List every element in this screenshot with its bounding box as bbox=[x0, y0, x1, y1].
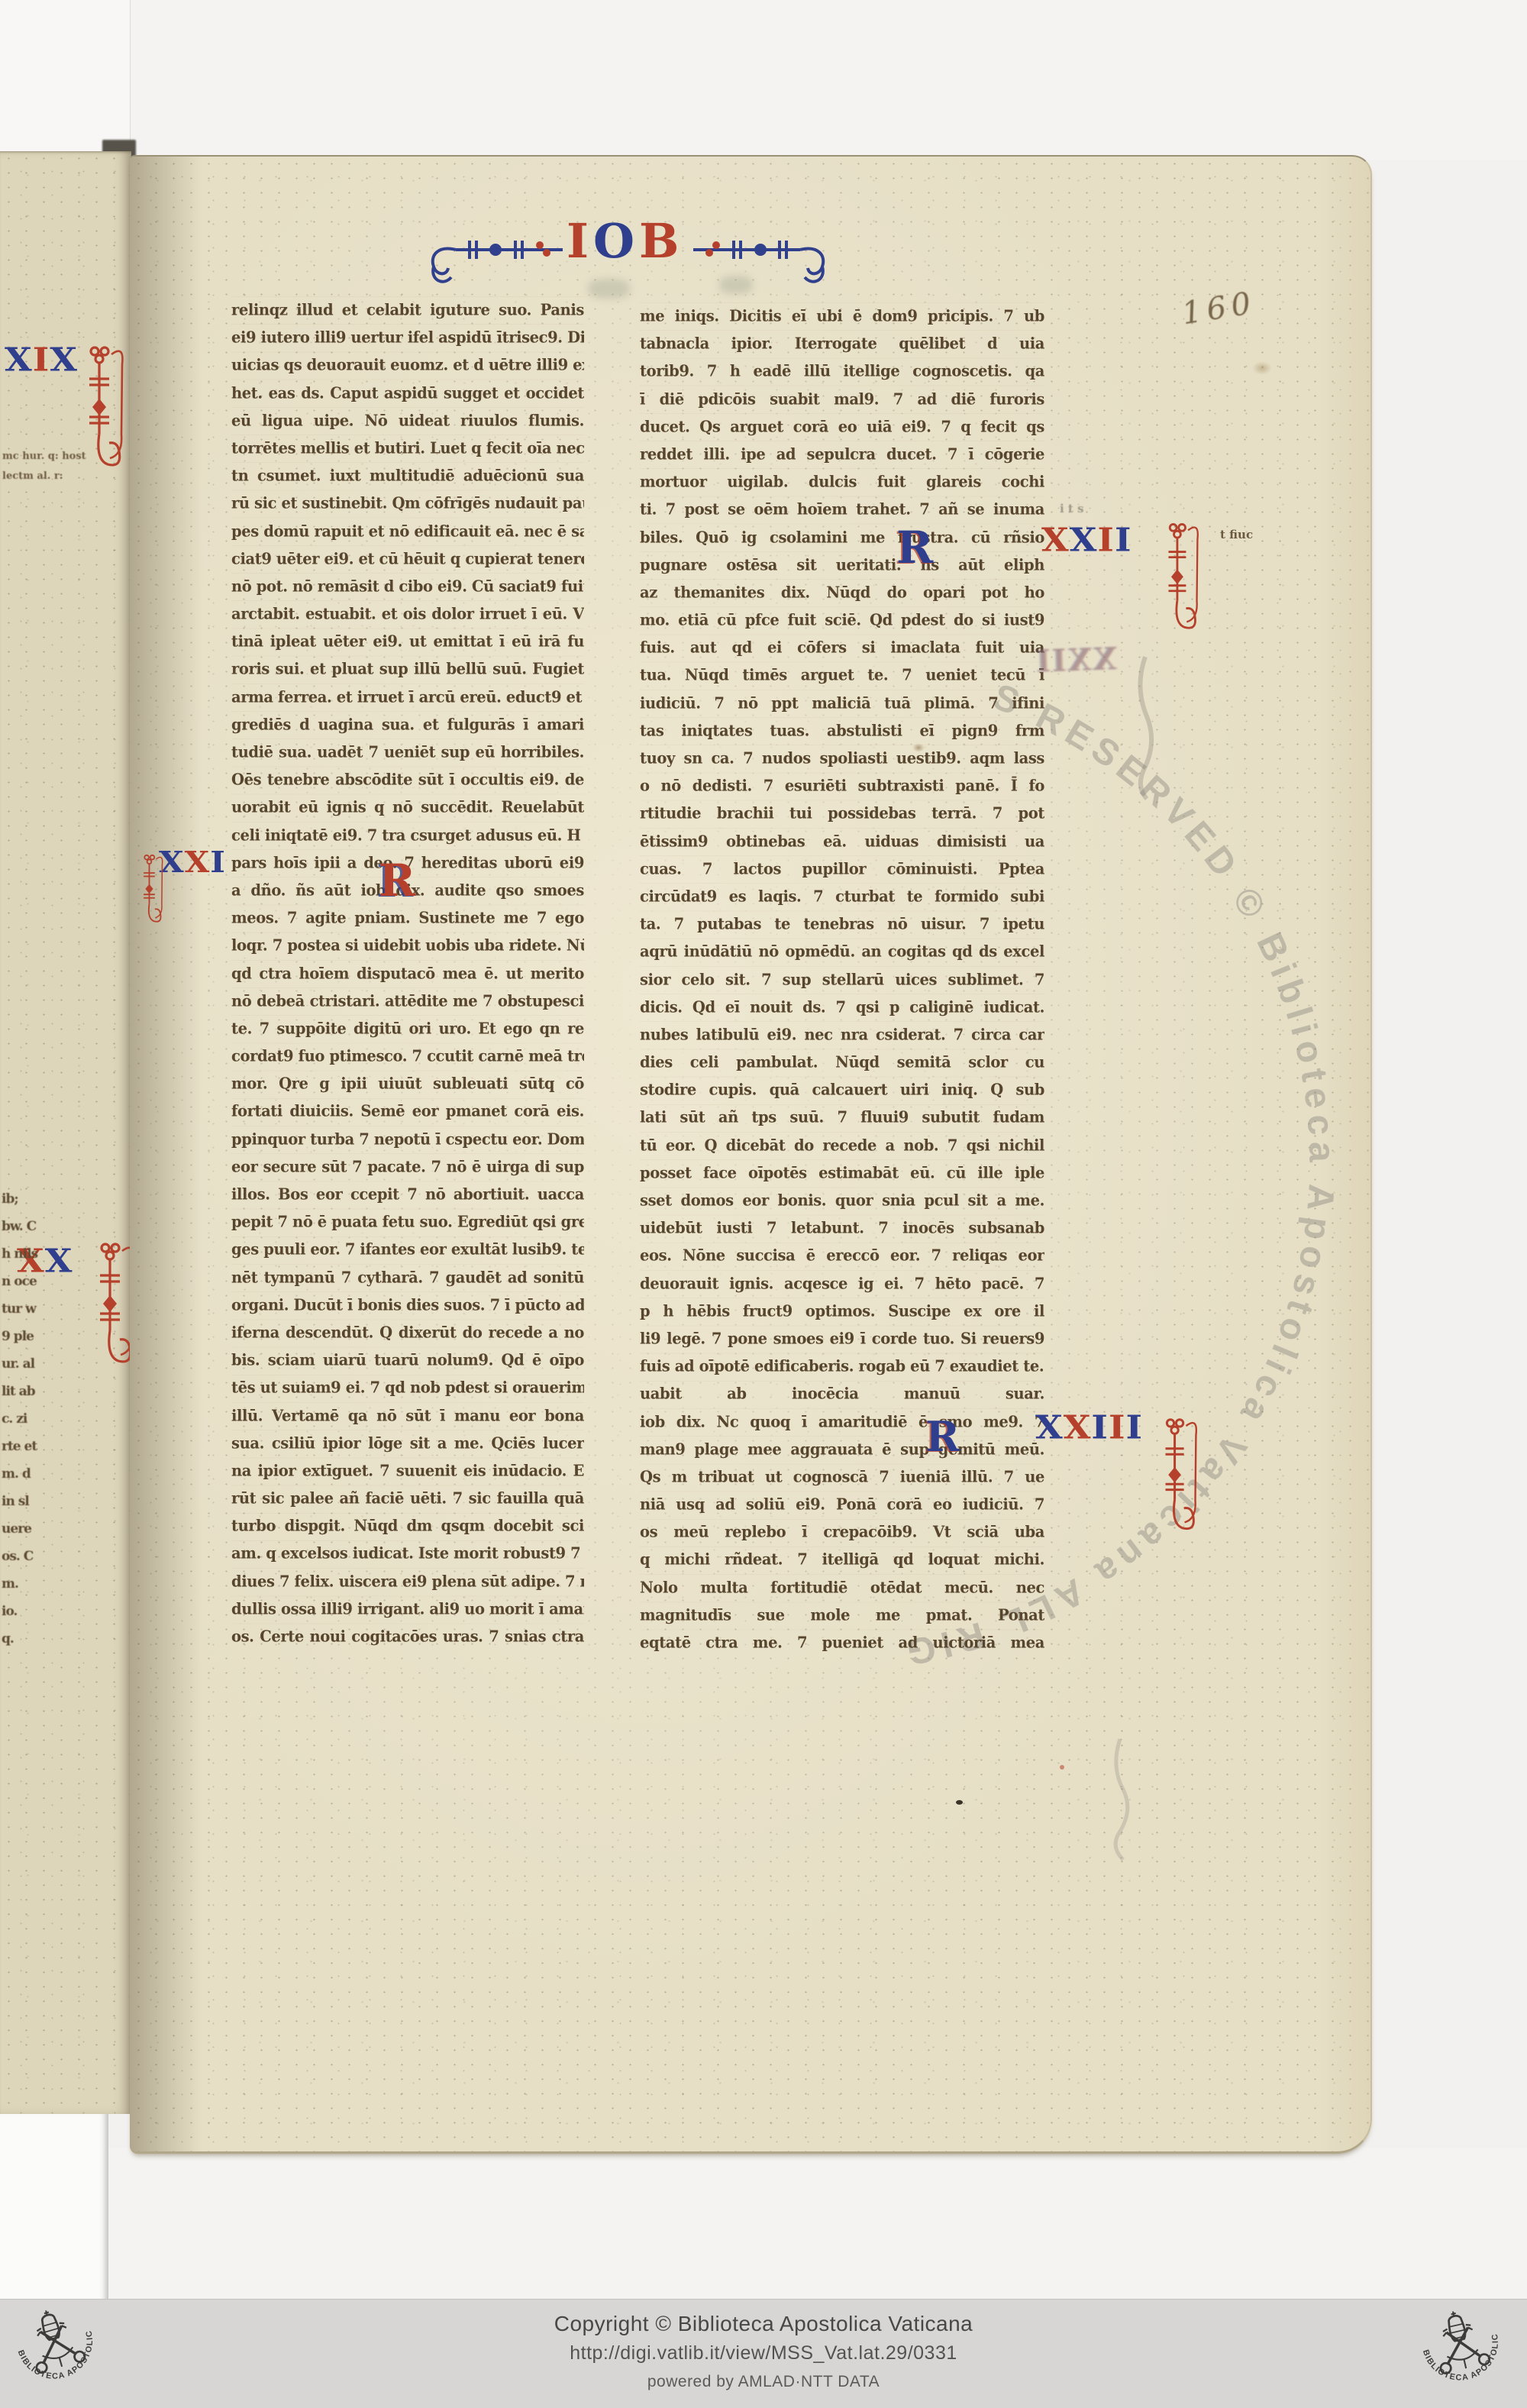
gutter-shadow bbox=[130, 157, 202, 2151]
text-line: ta. 7 putabas te tenebras nō uisur. 7 ip… bbox=[640, 910, 1044, 939]
text-line: dullis ossa illi9 irrigant. ali9 uo mori… bbox=[231, 1595, 584, 1624]
text-line: na ipior extīguet. 7 suuenit eis inūdaci… bbox=[231, 1456, 584, 1485]
text-line: torib9. 7 h eadē illū itellige cognoscet… bbox=[640, 357, 1044, 386]
numeral-letter: I bbox=[1115, 521, 1132, 559]
text-line: uidebūt iusti 7 letabunt. 7 inocēs subsa… bbox=[640, 1214, 1044, 1243]
text-line: uorabit eū ignis q nō succēdit. Reuelabū… bbox=[231, 793, 584, 822]
text-line: ur. al bbox=[2, 1350, 49, 1378]
text-line: tua. Nūqd timēs arguet te. 7 ueniet tecū… bbox=[640, 661, 1044, 690]
footer-bar: BIBLIOTECA APOSTOLICA VATICANA Copyright… bbox=[0, 2299, 1527, 2408]
text-line: organi. Ducūt ī bonis dies suos. 7 ī pūc… bbox=[231, 1291, 584, 1320]
text-line: rte et bbox=[2, 1433, 49, 1460]
text-line: os meū replebo ī crepacōib9. Vt sciā uba bbox=[640, 1518, 1044, 1547]
text-line: niā usq ad soliū ei9. Ponā corā eo iudic… bbox=[640, 1490, 1044, 1519]
numeral-letter: I bbox=[1125, 1408, 1143, 1446]
chapter-numeral-xix: XIX bbox=[5, 344, 78, 376]
header-penwork-left bbox=[424, 227, 565, 288]
numeral-letter: X bbox=[1041, 521, 1070, 559]
ink-speck bbox=[956, 1800, 963, 1805]
initial-r-job23: R bbox=[925, 1416, 960, 1457]
numeral-letter: X bbox=[1064, 1408, 1092, 1446]
text-line: Qs m tribuat ut cognoscā 7 iueniā illū. … bbox=[640, 1463, 1044, 1492]
under-page-sheet bbox=[0, 2112, 108, 2300]
text-line: fortati diuiciis. Semē eor pmanet corā e… bbox=[231, 1097, 584, 1126]
text-line: het. eas ds. Caput aspidū sugget et occi… bbox=[231, 379, 584, 408]
text-line: pes domū rapuit et nō edificauit eā. nec… bbox=[231, 517, 584, 546]
text-line: nēt tympanū 7 cytharā. 7 gaudēt ad sonit… bbox=[231, 1263, 584, 1292]
text-line: mo. etiā cū pfce fuit sciē. Qd pdest do … bbox=[640, 606, 1044, 635]
text-line: os. Certe noui cogitacōes uras. 7 snias … bbox=[231, 1622, 584, 1651]
text-line: uere bbox=[2, 1515, 49, 1543]
text-line: h nils bbox=[2, 1240, 49, 1268]
text-line: sset domos eor bonis. quor snia pcul sit… bbox=[640, 1186, 1044, 1215]
text-line: in sl bbox=[2, 1488, 49, 1515]
text-line: diues 7 felix. uiscera ei9 plena sūt adi… bbox=[231, 1567, 584, 1596]
text-line: arma ferrea. et irruet ī arcū ereū. educ… bbox=[231, 683, 584, 712]
text-line: tas iniqtates tuas. abstulisti eī pign9 … bbox=[640, 716, 1044, 745]
text-line: ges puuli eor. 7 ifantes eor exultāt lus… bbox=[231, 1235, 584, 1264]
text-line: uicias qs deuorauit euomz. et d uētre il… bbox=[231, 351, 584, 380]
text-line: iudiciū. 7 nō ppt maliciā tuā plimā. 7 i… bbox=[640, 689, 1044, 718]
footer-url: http://digi.vatlib.it/view/MSS_Vat.lat.2… bbox=[0, 2342, 1527, 2364]
chapter-numeral-xxii: XXII bbox=[1041, 524, 1132, 556]
text-line: grediēs d uagina sua. et fulgurās ī amar… bbox=[231, 710, 584, 739]
text-line: ib; bbox=[2, 1185, 49, 1213]
text-line: ducet. Qs arguet corā eo uiā ei9. 7 q fe… bbox=[640, 412, 1044, 441]
numeral-letter: X bbox=[1070, 521, 1098, 559]
previous-folio-edge: XIX mc hur. q: host lectm al. r: XX ib;b… bbox=[0, 151, 131, 2114]
numeral-letter: I bbox=[33, 341, 50, 379]
text-line: tuoy sn ca. 7 nudos spoliasti uestib9. a… bbox=[640, 744, 1044, 773]
header-penwork-right bbox=[691, 227, 832, 288]
text-line: q michi rñdeat. 7 itelligā qd loquat mic… bbox=[640, 1546, 1044, 1575]
text-line: mortuor uigilab. dulcis fuit glareis coc… bbox=[640, 467, 1044, 496]
red-paraph-flourish bbox=[140, 853, 165, 926]
stain bbox=[912, 743, 925, 752]
text-line: o nō dedisti. 7 esuriēti subtraxisti pan… bbox=[640, 771, 1044, 800]
text-line: 9 ple bbox=[2, 1323, 49, 1350]
text-line: Oēs tenebre abscōdite sūt ī occultis ei9… bbox=[231, 765, 584, 794]
text-column-left: relinqz illud et celabit iguture suo. Pa… bbox=[231, 296, 584, 1650]
chapter-numeral-xxiii: XXIII bbox=[1035, 1411, 1143, 1443]
initial-r-eliphaz: R bbox=[896, 525, 933, 570]
text-column-right: me iniqs. Dicitis eī ubi ē dom9 pricipis… bbox=[640, 302, 1044, 1657]
red-paraph-flourish bbox=[1161, 1415, 1200, 1537]
text-line: rtitudie brachii tui possidebas terrā. 7… bbox=[640, 799, 1044, 828]
footer-powered-by: powered by AMLAD·NTT DATA bbox=[0, 2373, 1527, 2391]
text-line: io. bbox=[2, 1598, 49, 1625]
text-line: biles. Quō ig csolamini me frustra. cū r… bbox=[640, 523, 1044, 552]
text-line: bis. sciam uiarū tuarū nolum9. Qd ē oīpo bbox=[231, 1346, 584, 1375]
sliver-marginal-note: mc hur. q: host bbox=[2, 451, 86, 462]
text-line: eū ligua uipe. Nō uideat riuulos flumis. bbox=[231, 406, 584, 435]
numeral-letter: I bbox=[1097, 521, 1115, 559]
scanner-background-bottom bbox=[0, 2148, 1527, 2300]
text-line: ī diē pdicōis suabit mal9. 7 ad diē furo… bbox=[640, 385, 1044, 414]
text-line: ppinquor turba 7 nepotū ī cspectu eor. D… bbox=[231, 1125, 584, 1154]
text-line: loqr. 7 postea si uidebit uobis uba ride… bbox=[231, 931, 584, 960]
title-letter: B bbox=[639, 213, 683, 269]
text-line: tēs ut suiam9 ei. 7 qd nob pdest si orau… bbox=[231, 1373, 584, 1402]
text-line: tur w bbox=[2, 1295, 49, 1323]
text-line: lit ab bbox=[2, 1378, 49, 1405]
text-line: tū eor. Q dicebāt do recede a nob. 7 qsi… bbox=[640, 1131, 1044, 1160]
text-line: tinā ipleat uēter ei9. ut emittat ī eū i… bbox=[231, 627, 584, 656]
text-line: circūdat9 es laqis. 7 cturbat te formido… bbox=[640, 882, 1044, 911]
text-line: posset face oīpotēs estimabāt eū. cū ill… bbox=[640, 1159, 1044, 1188]
numeral-letter: X bbox=[1035, 1408, 1064, 1446]
text-line: eqtatē ctra me. 7 pueniet ad uictoriā me… bbox=[640, 1628, 1044, 1657]
numeral-letter: X bbox=[45, 1242, 73, 1280]
text-line: p h hēbis fruct9 optimos. Suscipe ex ore… bbox=[640, 1297, 1044, 1326]
text-line: uabit ab inocēcia manuū suar. bbox=[640, 1379, 1044, 1408]
text-line: relinqz illud et celabit iguture suo. Pa… bbox=[231, 296, 584, 325]
text-line: li9 legē. 7 pone smoes ei9 ī corde tuo. … bbox=[640, 1324, 1044, 1353]
text-line: tabnacla ipior. Iterrogate quēlibet d ui… bbox=[640, 329, 1044, 358]
text-line: tudiē sua. uadēt 7 ueniēt sup eū horribi… bbox=[231, 738, 584, 767]
text-line: am. q excelsos iudicat. Iste morit robus… bbox=[231, 1540, 584, 1569]
text-line: magnitudīs sue mole me pmat. Ponat bbox=[640, 1601, 1044, 1630]
title-letter: O bbox=[593, 213, 639, 269]
text-line: torrētes mellis et butiri. Luet q fecit … bbox=[231, 434, 584, 463]
text-line: reddet illi. ipe ad sepulcra ducet. 7 ī … bbox=[640, 440, 1044, 469]
numeral-letter: I bbox=[1109, 1408, 1126, 1446]
text-line: tn csumet. iuxt multitudiē aduēcionū sua bbox=[231, 461, 584, 490]
text-line: mor. Qre g ipii uiuūt subleuati sūtq cō bbox=[231, 1069, 584, 1098]
text-line: Nolo multa fortitudiē otēdat mecū. nec bbox=[640, 1573, 1044, 1602]
text-line: deuorauit ignis. acqesce ig ei. 7 hēto p… bbox=[640, 1269, 1044, 1298]
initial-r-job21: R bbox=[379, 858, 415, 903]
text-line: nubes latibulū ei9. nec nra csiderat. 7 … bbox=[640, 1020, 1044, 1049]
text-line: ciat9 uēter ei9. et cū hēuit q cupierat … bbox=[231, 545, 584, 574]
text-line: roris sui. et pluat sup illū bellū suū. … bbox=[231, 655, 584, 684]
text-line: rū sic et sustinebit. Qm cōfrīgēs nudaui… bbox=[231, 489, 584, 518]
text-line: arctabit. estuabit. et ois dolor irruet … bbox=[231, 600, 584, 629]
text-line: aqrū inūdātiū nō opmēdū. an cogitas qd d… bbox=[640, 937, 1044, 966]
page-edge-tone bbox=[1317, 157, 1370, 2151]
text-line: lati sūt añ tps suū. 7 fluui9 subutit fu… bbox=[640, 1104, 1044, 1133]
numeral-letter: X bbox=[5, 341, 33, 379]
text-line: sior celo sit. 7 sup stellarū uices subl… bbox=[640, 965, 1044, 994]
manuscript-page: S RESERVED © Biblioteca Apostolica Vatic… bbox=[130, 155, 1372, 2154]
text-line: fuis. aut qd ei cōfers si imaclata fuit … bbox=[640, 633, 1044, 662]
text-line: sua. csiliū ipior lōge sit a me. Qciēs l… bbox=[231, 1429, 584, 1458]
running-title: I O B bbox=[567, 213, 683, 269]
title-letter: I bbox=[567, 213, 593, 269]
text-line: nō pot. nō remāsit d cibo ei9. Cū saciat… bbox=[231, 572, 584, 601]
text-line: stodire cupis. quā calcauert uiri iniq. … bbox=[640, 1075, 1044, 1104]
text-line: m. bbox=[2, 1570, 49, 1598]
text-line: os. C bbox=[2, 1543, 49, 1570]
text-line: ti. 7 post se oēm hoīem trahet. 7 añ se … bbox=[640, 495, 1044, 524]
text-line: pepit 7 nō ē puata fetu suo. Egrediūt qs… bbox=[231, 1207, 584, 1236]
ink-smudge bbox=[588, 279, 630, 299]
text-line: c. zi bbox=[2, 1405, 49, 1433]
text-line: q. bbox=[2, 1625, 49, 1653]
text-line: ei9 iutero illi9 uertur ifel aspidū ītri… bbox=[231, 323, 584, 352]
numeral-letter: I bbox=[1091, 1408, 1109, 1446]
text-line: pugnare ostēsa sit ueritati. ñs aūt elip… bbox=[640, 551, 1044, 580]
text-line: fuis ad oīpotē edificaberis. rogab eū 7 … bbox=[640, 1352, 1044, 1381]
verso-bleed-numeral: XXII bbox=[1035, 641, 1118, 680]
text-line: iob dix. Nc quoq ī amaritudiē ē smo me9.… bbox=[640, 1408, 1044, 1437]
scanner-sheet-top-left bbox=[0, 0, 131, 158]
numeral-letter: I bbox=[210, 845, 226, 879]
text-line: meos. 7 agite pniam. Sustinete me 7 ego bbox=[231, 903, 584, 932]
text-line: bw. C bbox=[2, 1213, 49, 1240]
text-line: turbo dispgit. Nūqd dm qsqm docebit sci bbox=[231, 1511, 584, 1540]
red-paraph-flourish bbox=[84, 344, 127, 474]
text-line: iferna descendūt. Q dixerūt do recede a … bbox=[231, 1318, 584, 1347]
red-paraph-flourish bbox=[1164, 521, 1202, 635]
text-line: cordat9 fuo ptimesco. 7 ccutit carnē meā… bbox=[231, 1042, 584, 1071]
text-line: qd ctra hoīem disputacō mea ē. ut merito bbox=[231, 959, 584, 988]
text-line: n oce bbox=[2, 1268, 49, 1295]
text-line: nō debeā ctristari. attēdite me 7 obstup… bbox=[231, 987, 584, 1016]
text-line: eor secure sūt 7 pacate. 7 nō ē uirga di… bbox=[231, 1152, 584, 1181]
numeral-letter: X bbox=[185, 845, 211, 879]
text-line: dies celi pambulat. Nūqd semitā sclor cu bbox=[640, 1048, 1044, 1077]
text-line: m. d bbox=[2, 1460, 49, 1488]
numeral-letter: X bbox=[50, 341, 78, 379]
scanner-sheet-top-right bbox=[131, 0, 1527, 160]
faint-marginal-gloss: i t s bbox=[1060, 502, 1084, 516]
sliver-marginal-note: lectm al. r: bbox=[2, 470, 63, 482]
ink-smudge bbox=[719, 276, 753, 294]
red-pen-trial bbox=[1060, 1765, 1064, 1770]
manuscript-scan-viewer: XIX mc hur. q: host lectm al. r: XX ib;b… bbox=[0, 0, 1527, 2408]
text-line: ētissim9 obtinebas eā. uiduas dimisisti … bbox=[640, 827, 1044, 856]
marginal-note: t fiuc bbox=[1220, 528, 1253, 541]
text-line: te. 7 suppōite digitū ori uro. Et ego qn… bbox=[231, 1014, 584, 1043]
footer-copyright: Copyright © Biblioteca Apostolica Vatica… bbox=[0, 2312, 1527, 2336]
text-line: man9 plage mee aggrauata ē sup gemitū me… bbox=[640, 1435, 1044, 1464]
text-line: az themanites dix. Nūqd do opari pot ho bbox=[640, 578, 1044, 607]
text-line: eos. Nōne succisa ē ereccō eor. 7 reliqa… bbox=[640, 1241, 1044, 1270]
text-line: illū. Vertamē qa nō sūt ī manu eor bona bbox=[231, 1401, 584, 1430]
chapter-numeral-xxi: XXI bbox=[159, 848, 226, 878]
text-line: rūt sic palee añ faciē uēti. 7 sic fauil… bbox=[231, 1484, 584, 1513]
stain bbox=[1252, 361, 1272, 375]
text-line: illos. Bos eor ccepit 7 nō abortiuit. ua… bbox=[231, 1180, 584, 1209]
text-line: me iniqs. Dicitis eī ubi ē dom9 pricipis… bbox=[640, 302, 1044, 331]
previous-folio-text-fragments: ib;bw. Ch nilsn ocetur w9 pleur. allit a… bbox=[2, 1185, 49, 1653]
text-line: celi iniqtatē ei9. 7 tra csurget adusus … bbox=[231, 821, 584, 850]
text-line: cuas. 7 lactos pupillor cōminuisti. Ppte… bbox=[640, 855, 1044, 884]
text-line: dicis. Qd eī nouit ds. 7 qsi p caliginē … bbox=[640, 993, 1044, 1022]
